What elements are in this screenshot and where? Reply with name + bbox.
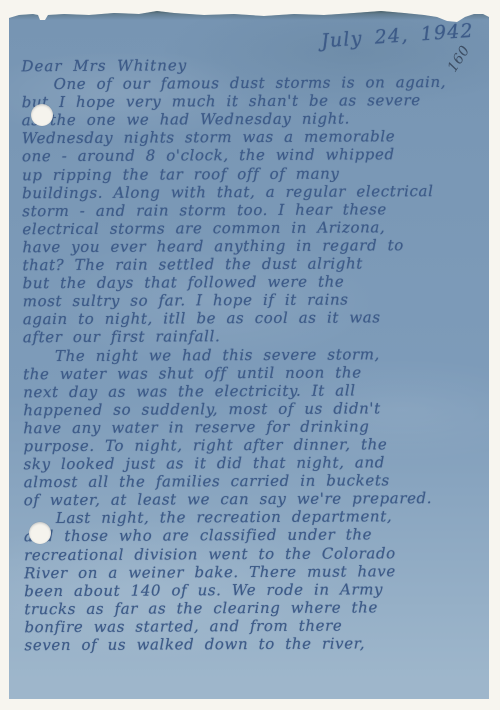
letter-line: of water, at least we can say we're prep… (24, 489, 482, 509)
letter-line: most sultry so far. I hope if it rains (23, 290, 481, 310)
letter-line: after our first rainfall. (23, 326, 481, 346)
letter-line: bonfire was started, and from there (24, 616, 482, 636)
letter-line: have any water in reserve for drinking (23, 417, 481, 437)
letter-line: Wednesday nights storm was a memorable (22, 127, 480, 147)
letter-line: The night we had this severe storm, (23, 344, 481, 364)
letter-line: as the one we had Wednesday night. (22, 109, 480, 129)
letter-line: that? The rain settled the dust alright (22, 254, 480, 274)
letter-line: have you ever heard anything in regard t… (22, 236, 480, 256)
letter-line: almost all the families carried in bucke… (24, 471, 482, 491)
letter-line: the water was shut off until noon the (23, 362, 481, 382)
letter-line: One of our famous dust storms is on agai… (22, 73, 480, 93)
hole-punch-top (31, 104, 53, 126)
letter-line: one - around 8 o'clock, the wind whipped (22, 145, 480, 165)
letter-line: sky looked just as it did that night, an… (24, 453, 482, 473)
letter-line: seven of us walked down to the river, (24, 634, 482, 654)
letter-line: next day as was the electricity. It all (23, 380, 481, 400)
letter-line: River on a weiner bake. There must have (24, 561, 482, 581)
letter-line: been about 140 of us. We rode in Army (24, 580, 482, 600)
letter-line: but the days that followed were the (23, 272, 481, 292)
scan-background: July 24, 1942 160 Dear Mrs Whitney One o… (0, 0, 500, 710)
letter-line: buildings. Along with that, a regular el… (22, 181, 480, 201)
salutation: Dear Mrs Whitney (21, 55, 479, 75)
letter-line: recreational division went to the Colora… (24, 543, 482, 563)
letter-date: July 24, 1942 (320, 20, 474, 53)
letter-line: trucks as far as the clearing where the (24, 598, 482, 618)
letter-line: but I hope very much it shan't be as sev… (22, 91, 480, 111)
hole-punch-bottom (29, 522, 51, 544)
letter-line: storm - and rain storm too. I hear these (22, 200, 480, 220)
letter-line: and those who are classified under the (24, 525, 482, 545)
letter-line: up ripping the tar roof off of many (22, 163, 480, 183)
letter-line: happened so suddenly, most of us didn't (23, 399, 481, 419)
letter-body: Dear Mrs Whitney One of our famous dust … (21, 55, 482, 654)
letter-line: Last night, the recreation department, (24, 507, 482, 527)
letter-line: electrical storms are common in Arizona, (22, 218, 480, 238)
letter-line: purpose. To night, right after dinner, t… (23, 435, 481, 455)
letter-line: again to night, itll be as cool as it wa… (23, 308, 481, 328)
letter-paper: July 24, 1942 160 Dear Mrs Whitney One o… (9, 11, 489, 699)
